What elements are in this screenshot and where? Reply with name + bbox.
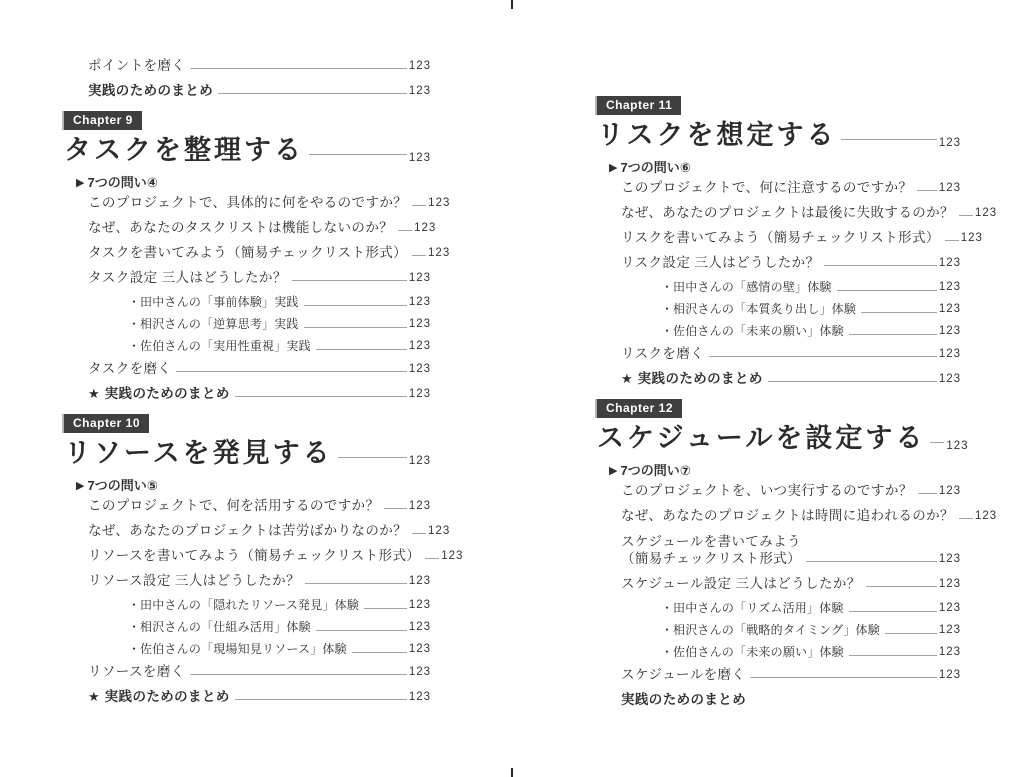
toc-entry-row: なぜ、あなたのプロジェクトは時間に追われるのか？123	[621, 508, 961, 524]
page-number: 123	[409, 454, 431, 469]
leader-line	[412, 205, 426, 206]
chapter-badge: Chapter 11	[597, 96, 681, 115]
toc-entry: リスク設定 三人はどうしたか？123	[621, 255, 961, 271]
chapter-section-header: Chapter 12スケジュールを設定する123	[597, 399, 961, 454]
bullet-icon: ・	[661, 645, 673, 660]
page-number: 123	[939, 577, 961, 592]
leader-line	[384, 508, 406, 509]
chapter-title: スケジュールを設定する	[597, 423, 925, 454]
toc-entry: ・田中さんの「事前体験」実践123	[128, 295, 431, 310]
toc-entry-text: 佐伯さんの「未来の願い」体験	[673, 324, 844, 339]
leader-line	[364, 608, 407, 609]
page-number: 123	[939, 484, 961, 499]
chapter-section-header: Chapter 9タスクを整理する123	[64, 111, 431, 166]
toc-entry: このプロジェクトで、具体的に何をやるのですか？123	[88, 195, 431, 211]
toc-entry: リソースを磨く123	[88, 664, 431, 680]
leader-line	[885, 633, 937, 634]
question-text: 7つの問い⑦	[620, 463, 690, 478]
leader-line	[309, 154, 407, 155]
toc-entry-row: リソース設定 三人はどうしたか？123	[88, 573, 431, 589]
toc-entry-text: 実践のためのまとめ	[105, 689, 230, 705]
toc-entry-row: リスクを書いてみよう（簡易チェックリスト形式）123	[621, 230, 961, 246]
page-number: 123	[939, 181, 961, 196]
toc-entry: なぜ、あなたのタスクリストは機能しないのか？123	[88, 220, 431, 236]
toc-entry-text: ポイントを磨く	[88, 58, 185, 74]
page-number: 123	[409, 499, 431, 514]
toc-entry-text: 実践のためのまとめ	[638, 371, 763, 387]
question-label: ▶7つの問い⑦	[609, 463, 961, 480]
page-number: 123	[409, 362, 431, 377]
toc-entry-row: リスクを磨く123	[621, 346, 961, 362]
chapter-title: リスクを想定する	[597, 120, 836, 151]
page-number: 123	[428, 246, 450, 261]
toc-entry-text: 実践のためのまとめ	[88, 83, 213, 99]
toc-entry-row: ・相沢さんの「本質炙り出し」体験123	[661, 302, 961, 317]
toc-entry-text: 佐伯さんの「現場知見リソース」体験	[140, 642, 347, 657]
chapter-badge: Chapter 12	[597, 399, 682, 418]
leader-line	[412, 255, 426, 256]
toc-entry-text: 田中さんの「隠れたリソース発見」体験	[140, 598, 359, 613]
leader-line	[190, 674, 407, 675]
chapter-section-header: Chapter 10リソースを発見する123	[64, 414, 431, 469]
toc-entry-row: スケジュール設定 三人はどうしたか？123	[621, 576, 961, 592]
leader-line	[304, 327, 407, 328]
leader-line	[292, 280, 407, 281]
toc-entry: ・田中さんの「隠れたリソース発見」体験123	[128, 598, 431, 613]
leader-line	[824, 265, 936, 266]
toc-entry-text: 実践のためのまとめ	[621, 692, 746, 708]
toc-entry-text: 相沢さんの「本質炙り出し」体験	[673, 302, 856, 317]
toc-entry-text: このプロジェクトで、何を活用するのですか？	[88, 498, 379, 514]
toc-entry-row: （簡易チェックリスト形式）123	[621, 551, 961, 567]
toc-entry: ・佐伯さんの「実用性重視」実践123	[128, 339, 431, 354]
arrow-icon: ▶	[609, 162, 617, 174]
toc-entry: 実践のためのまとめ	[621, 692, 961, 708]
toc-entry-row: 実践のためのまとめ123	[88, 83, 431, 99]
toc-entry: ・相沢さんの「仕組み活用」体験123	[128, 620, 431, 635]
toc-entry: タスクを書いてみよう（簡易チェックリスト形式）123	[88, 245, 431, 261]
bullet-icon: ・	[128, 598, 140, 613]
toc-entry: ポイントを磨く123	[88, 58, 431, 74]
toc-entry-row: このプロジェクトで、具体的に何をやるのですか？123	[88, 195, 431, 211]
chapter-title: タスクを整理する	[64, 135, 304, 166]
bullet-icon: ・	[661, 601, 673, 616]
leader-line	[352, 652, 407, 653]
chapter-title-row: リソースを発見する123	[64, 438, 431, 469]
toc-entry-text: 田中さんの「事前体験」実践	[140, 295, 299, 310]
leader-line	[176, 371, 406, 372]
toc-entry-text: なぜ、あなたのプロジェクトは最後に失敗するのか？	[621, 205, 954, 221]
page-number: 123	[939, 136, 961, 151]
bullet-icon: ・	[128, 317, 140, 332]
toc-entry-row: ・田中さんの「リズム活用」体験123	[661, 601, 961, 616]
arrow-icon: ▶	[609, 465, 617, 477]
bullet-icon: ・	[661, 280, 673, 295]
chapter-title-row: リスクを想定する123	[597, 120, 961, 151]
page-number: 123	[409, 151, 431, 166]
bullet-icon: ・	[661, 324, 673, 339]
toc-entry-text: リスクを書いてみよう（簡易チェックリスト形式）	[621, 230, 940, 246]
leader-line	[918, 493, 937, 494]
page-number: 123	[409, 271, 431, 286]
toc-entry: ・田中さんの「感情の壁」体験123	[661, 280, 961, 295]
toc-entry: このプロジェクトを、いつ実行するのですか？123	[621, 483, 961, 499]
toc-entry-text: 相沢さんの「仕組み活用」体験	[140, 620, 311, 635]
toc-entry-text: リソース設定 三人はどうしたか？	[88, 573, 300, 589]
toc-entry-text: 相沢さんの「逆算思考」実践	[140, 317, 299, 332]
leader-line	[398, 230, 412, 231]
right-page: Chapter 11リスクを想定する123▶7つの問い⑥このプロジェクトで、何に…	[597, 96, 961, 717]
toc-entry-text: スケジュール設定 三人はどうしたか？	[621, 576, 861, 592]
toc-entry-text: このプロジェクトで、具体的に何をやるのですか？	[88, 195, 407, 211]
page-number: 123	[946, 439, 968, 454]
leader-line	[709, 356, 937, 357]
toc-entry-row: ★実践のためのまとめ123	[621, 371, 961, 387]
page-number: 123	[409, 84, 431, 99]
leader-line	[316, 630, 407, 631]
page-number: 123	[409, 574, 431, 589]
bullet-icon: ・	[661, 302, 673, 317]
toc-entry-text: 佐伯さんの「未来の願い」体験	[673, 645, 844, 660]
toc-entry-text: 田中さんの「リズム活用」体験	[673, 601, 844, 616]
question-text: 7つの問い⑥	[620, 160, 690, 175]
page-number: 123	[939, 552, 961, 567]
toc-entry-text: タスクを書いてみよう（簡易チェックリスト形式）	[88, 245, 407, 261]
page-number: 123	[409, 59, 431, 74]
toc-entry: なぜ、あなたのプロジェクトは時間に追われるのか？123	[621, 508, 961, 524]
leader-line	[316, 349, 407, 350]
toc-entry: ・田中さんの「リズム活用」体験123	[661, 601, 961, 616]
leader-line	[218, 93, 407, 94]
toc-entry: なぜ、あなたのプロジェクトは苦労ばかりなのか？123	[88, 523, 431, 539]
page-number: 123	[409, 598, 431, 613]
toc-entry-text: リソースを書いてみよう（簡易チェックリスト形式）	[88, 548, 420, 564]
toc-entry: ・佐伯さんの「未来の願い」体験123	[661, 645, 961, 660]
leader-line	[837, 290, 937, 291]
toc-entry: 実践のためのまとめ123	[88, 83, 431, 99]
toc-entry-row: ・相沢さんの「逆算思考」実践123	[128, 317, 431, 332]
toc-entry-text: リスクを磨く	[621, 346, 704, 362]
bullet-icon: ・	[128, 642, 140, 657]
page-number: 123	[939, 645, 961, 660]
arrow-icon: ▶	[76, 177, 84, 189]
chapter-title-row: スケジュールを設定する123	[597, 423, 961, 454]
toc-entry-row: ・田中さんの「隠れたリソース発見」体験123	[128, 598, 431, 613]
leader-line	[235, 396, 407, 397]
toc-entry-text: 佐伯さんの「実用性重視」実践	[140, 339, 311, 354]
toc-entry-row: タスクを書いてみよう（簡易チェックリスト形式）123	[88, 245, 431, 261]
page-number: 123	[975, 206, 997, 221]
arrow-icon: ▶	[76, 480, 84, 492]
toc-entry-row: なぜ、あなたのプロジェクトは苦労ばかりなのか？123	[88, 523, 431, 539]
page-number: 123	[409, 642, 431, 657]
page-number: 123	[409, 620, 431, 635]
leader-line	[930, 442, 944, 443]
toc-entry: なぜ、あなたのプロジェクトは最後に失敗するのか？123	[621, 205, 961, 221]
toc-entry-row: なぜ、あなたのタスクリストは機能しないのか？123	[88, 220, 431, 236]
toc-entry-row: ・相沢さんの「戦略的タイミング」体験123	[661, 623, 961, 638]
toc-entry: ・相沢さんの「戦略的タイミング」体験123	[661, 623, 961, 638]
leader-line	[841, 139, 936, 140]
toc-entry-row: なぜ、あなたのプロジェクトは最後に失敗するのか？123	[621, 205, 961, 221]
toc-entry-row: ・田中さんの「感情の壁」体験123	[661, 280, 961, 295]
leader-line	[768, 381, 937, 382]
page-number: 123	[441, 549, 463, 564]
question-text: 7つの問い④	[87, 175, 157, 190]
toc-entry: このプロジェクトで、何を活用するのですか？123	[88, 498, 431, 514]
leader-line	[425, 558, 439, 559]
toc-entry-text: このプロジェクトで、何に注意するのですか？	[621, 180, 912, 196]
toc-entry-text: スケジュールを磨く	[621, 667, 745, 683]
toc-entry-text: タスクを磨く	[88, 361, 171, 377]
chapter-title-row: タスクを整理する123	[64, 135, 431, 166]
toc-entry-text: （簡易チェックリスト形式）	[621, 551, 801, 567]
toc-entry-text: 相沢さんの「戦略的タイミング」体験	[673, 623, 880, 638]
toc-entry-text: なぜ、あなたのタスクリストは機能しないのか？	[88, 220, 393, 236]
question-label: ▶7つの問い⑤	[76, 478, 431, 495]
toc-entry: タスク設定 三人はどうしたか？123	[88, 270, 431, 286]
binding-mark-bottom-icon	[511, 768, 513, 777]
toc-entry: スケジュール設定 三人はどうしたか？123	[621, 576, 961, 592]
page-number: 123	[409, 295, 431, 310]
toc-entry-row: ★実践のためのまとめ123	[88, 386, 431, 402]
toc-entry-row: タスク設定 三人はどうしたか？123	[88, 270, 431, 286]
bullet-icon: ・	[128, 339, 140, 354]
toc-entry: ・相沢さんの「逆算思考」実践123	[128, 317, 431, 332]
page-number: 123	[939, 623, 961, 638]
star-icon: ★	[621, 371, 633, 387]
leader-line	[866, 586, 937, 587]
toc-entry-row: ・佐伯さんの「未来の願い」体験123	[661, 324, 961, 339]
toc-entry-text: リソースを磨く	[88, 664, 185, 680]
toc-entry-row: ・田中さんの「事前体験」実践123	[128, 295, 431, 310]
toc-entry: リソースを書いてみよう（簡易チェックリスト形式）123	[88, 548, 431, 564]
page-number: 123	[939, 256, 961, 271]
toc-entry: このプロジェクトで、何に注意するのですか？123	[621, 180, 961, 196]
leader-line	[849, 334, 937, 335]
leader-line	[849, 655, 937, 656]
toc-entry-row: このプロジェクトを、いつ実行するのですか？123	[621, 483, 961, 499]
leader-line	[806, 561, 937, 562]
page-number: 123	[961, 231, 983, 246]
page-number: 123	[939, 324, 961, 339]
page-number: 123	[939, 372, 961, 387]
toc-entry: ★実践のためのまとめ123	[88, 689, 431, 705]
toc-entry: タスクを磨く123	[88, 361, 431, 377]
page-number: 123	[414, 221, 436, 236]
toc-entry-text: スケジュールを書いてみよう	[621, 533, 961, 551]
chapter-title: リソースを発見する	[64, 438, 333, 469]
question-label: ▶7つの問い⑥	[609, 160, 961, 177]
toc-entry-row: ・佐伯さんの「現場知見リソース」体験123	[128, 642, 431, 657]
toc-entry: リソース設定 三人はどうしたか？123	[88, 573, 431, 589]
leader-line	[235, 699, 407, 700]
toc-entry-row: このプロジェクトで、何に注意するのですか？123	[621, 180, 961, 196]
toc-entry: リスクを磨く123	[621, 346, 961, 362]
page-number: 123	[409, 690, 431, 705]
bullet-icon: ・	[661, 623, 673, 638]
page-number: 123	[409, 317, 431, 332]
toc-entry-row: リソースを磨く123	[88, 664, 431, 680]
toc-entry-row: ・佐伯さんの「実用性重視」実践123	[128, 339, 431, 354]
bullet-icon: ・	[128, 295, 140, 310]
toc-entry: ★実践のためのまとめ123	[88, 386, 431, 402]
toc-entry-row: ポイントを磨く123	[88, 58, 431, 74]
toc-entry: リスクを書いてみよう（簡易チェックリスト形式）123	[621, 230, 961, 246]
leader-line	[304, 305, 407, 306]
leader-line	[959, 215, 973, 216]
leader-line	[190, 68, 407, 69]
leader-line	[750, 677, 937, 678]
leader-line	[338, 457, 407, 458]
toc-entry-row: ・相沢さんの「仕組み活用」体験123	[128, 620, 431, 635]
toc-entry-text: このプロジェクトを、いつ実行するのですか？	[621, 483, 913, 499]
star-icon: ★	[88, 386, 100, 402]
leader-line	[861, 312, 937, 313]
toc-entry: スケジュールを書いてみよう（簡易チェックリスト形式）123	[621, 533, 961, 567]
toc-entry: ・相沢さんの「本質炙り出し」体験123	[661, 302, 961, 317]
leader-line	[849, 611, 937, 612]
page-number: 123	[939, 347, 961, 362]
page-number: 123	[939, 280, 961, 295]
leader-line	[959, 518, 973, 519]
toc-entry-text: なぜ、あなたのプロジェクトは苦労ばかりなのか？	[88, 523, 407, 539]
toc-entry-row: ★実践のためのまとめ123	[88, 689, 431, 705]
toc-entry-text: 田中さんの「感情の壁」体験	[673, 280, 832, 295]
page-number: 123	[409, 339, 431, 354]
toc-entry-row: タスクを磨く123	[88, 361, 431, 377]
toc-entry-row: リスク設定 三人はどうしたか？123	[621, 255, 961, 271]
toc-entry-row: リソースを書いてみよう（簡易チェックリスト形式）123	[88, 548, 431, 564]
toc-entry: スケジュールを磨く123	[621, 667, 961, 683]
chapter-badge: Chapter 9	[64, 111, 142, 130]
toc-entry-text: なぜ、あなたのプロジェクトは時間に追われるのか？	[621, 508, 954, 524]
leader-line	[945, 240, 959, 241]
toc-entry-row: このプロジェクトで、何を活用するのですか？123	[88, 498, 431, 514]
toc-entry-row: スケジュールを磨く123	[621, 667, 961, 683]
toc-entry-row: 実践のためのまとめ	[621, 692, 961, 708]
toc-entry-text: タスク設定 三人はどうしたか？	[88, 270, 287, 286]
bullet-icon: ・	[128, 620, 140, 635]
toc-entry: ・佐伯さんの「現場知見リソース」体験123	[128, 642, 431, 657]
leader-line	[412, 533, 426, 534]
question-label: ▶7つの問い④	[76, 175, 431, 192]
chapter-badge: Chapter 10	[64, 414, 149, 433]
page-number: 123	[428, 196, 450, 211]
toc-entry: ・佐伯さんの「未来の願い」体験123	[661, 324, 961, 339]
leader-line	[917, 190, 936, 191]
chapter-section-header: Chapter 11リスクを想定する123	[597, 96, 961, 151]
page-number: 123	[409, 387, 431, 402]
page-number: 123	[975, 509, 997, 524]
toc-entry-text: リスク設定 三人はどうしたか？	[621, 255, 819, 271]
page-number: 123	[409, 665, 431, 680]
left-page: ポイントを磨く123実践のためのまとめ123Chapter 9タスクを整理する1…	[64, 58, 431, 714]
toc-entry-text: 実践のためのまとめ	[105, 386, 230, 402]
binding-mark-top-icon	[511, 0, 513, 9]
page-number: 123	[939, 668, 961, 683]
star-icon: ★	[88, 689, 100, 705]
toc-entry: ★実践のためのまとめ123	[621, 371, 961, 387]
page-number: 123	[939, 601, 961, 616]
page-number: 123	[939, 302, 961, 317]
question-text: 7つの問い⑤	[87, 478, 157, 493]
leader-line	[305, 583, 407, 584]
page-number: 123	[428, 524, 450, 539]
toc-entry-row: ・佐伯さんの「未来の願い」体験123	[661, 645, 961, 660]
